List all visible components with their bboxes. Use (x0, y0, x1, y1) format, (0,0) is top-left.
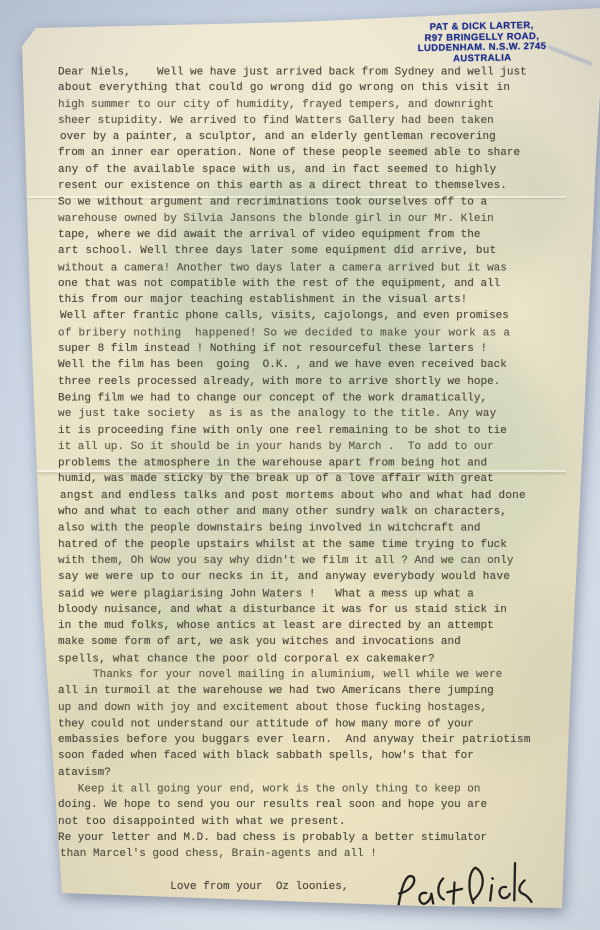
typed-line: up and down with joy and excitement abou… (58, 700, 544, 716)
typed-line: said we were plagiarising John Waters ! … (58, 586, 544, 602)
typed-line: Re your letter and M.D. bad chess is pro… (58, 830, 544, 846)
letter-photo: { "photo": { "background_color": "#cfd9e… (0, 0, 600, 930)
typed-line: soon faded when faced with black sabbath… (58, 748, 544, 764)
typed-line: without a camera! Another two days later… (58, 260, 544, 276)
typed-line: in the mud folks, whose antics at least … (58, 618, 544, 634)
typed-line: problems the atmosphere in the warehouse… (58, 456, 544, 472)
typed-line: about everything that could go wrong did… (58, 80, 544, 96)
typed-line: this from our major teaching establishme… (58, 292, 544, 308)
typed-line: over by a painter, a sculptor, and an el… (60, 129, 546, 145)
typed-line: Well the film has been going O.K. , and … (58, 357, 544, 373)
letter-paper: PAT & DICK LARTER,R97 BRINGELLY ROAD,LUD… (0, 0, 600, 930)
typed-line: super 8 film instead ! Nothing if not re… (58, 341, 544, 357)
typed-line: three reels processed already, with more… (58, 374, 544, 390)
signature-stroke-i (488, 878, 494, 900)
typed-line: Dear Niels, Well we have just arrived ba… (58, 64, 544, 80)
signature (384, 854, 538, 923)
typed-line: sheer stupidity. We arrived to find Watt… (58, 113, 544, 129)
letter-body: Dear Niels, Well we have just arrived ba… (58, 64, 544, 895)
typed-line: it all up. So it should be in your hands… (58, 439, 544, 455)
typed-line: all in turmoil at the warehouse we had t… (58, 683, 544, 699)
typed-line: Keep it all going your end, work is the … (58, 781, 544, 797)
typed-line: tape, where we did await the arrival of … (58, 227, 544, 243)
typed-line: warehouse owned by Silvia Jansons the bl… (58, 211, 544, 227)
typed-line: who and what to each other and many othe… (58, 504, 544, 520)
letter-paper-wrap: PAT & DICK LARTER,R97 BRINGELLY ROAD,LUD… (0, 0, 600, 930)
typed-line: we just take society as is as the analog… (58, 406, 544, 422)
signature-stroke-a (419, 892, 433, 904)
signature-stroke-k (511, 862, 531, 903)
typed-line: spells, what chance the poor old corpora… (58, 651, 544, 667)
typed-line: So we without argument and recrimination… (58, 195, 544, 211)
signature-stroke-d (468, 867, 485, 903)
typed-line: any of the available space with us, and … (58, 162, 544, 178)
typed-line: embassies before you buggars ever learn.… (58, 732, 544, 748)
typed-line: one that was not compatible with the res… (58, 276, 544, 292)
signature-stroke-p (395, 876, 417, 911)
typed-line: resent our existence on this earth as a … (58, 178, 544, 194)
signature-stroke-amp (447, 882, 464, 904)
typed-line: art school. Well three days later some e… (58, 243, 544, 259)
typed-line: Well after frantic phone calls, visits, … (60, 308, 546, 324)
typed-line: doing. We hope to send you our results r… (58, 797, 544, 813)
typed-line: bloody nuisance, and what a disturbance … (58, 602, 544, 618)
typed-line: high summer to our city of humidity, fra… (58, 97, 544, 113)
typed-line: Being film we had to change our concept … (58, 390, 544, 406)
typed-line: from an inner ear operation. None of the… (58, 145, 544, 161)
typed-line: make some form of art, we ask you witche… (58, 634, 544, 650)
typed-line: atavism? (58, 765, 544, 781)
typed-line: Thanks for your novel mailing in alumini… (60, 667, 546, 683)
typed-line: also with the people downstairs being in… (58, 521, 544, 537)
typed-line: it is proceeding fine with only one reel… (58, 423, 544, 439)
address-stamp: PAT & DICK LARTER,R97 BRINGELLY ROAD,LUD… (396, 21, 569, 66)
signature-stroke-c (437, 879, 445, 900)
typed-line: of bribery nothing happened! So we decid… (58, 325, 544, 341)
typed-line: say we were up to our necks in it, and a… (58, 569, 544, 585)
typed-line: hatred of the people upstairs whilst at … (58, 537, 544, 553)
typed-line: humid, was made sticky by the break up o… (58, 471, 544, 487)
typed-line: they could not understand our attitude o… (58, 716, 544, 732)
signature-stroke-c2 (499, 886, 510, 898)
typed-line: angst and endless talks and post mortems… (60, 488, 546, 504)
typed-line: with them, Oh Wow you say why didn't we … (58, 553, 544, 569)
typed-line: not too disappointed with what we presen… (58, 814, 544, 830)
